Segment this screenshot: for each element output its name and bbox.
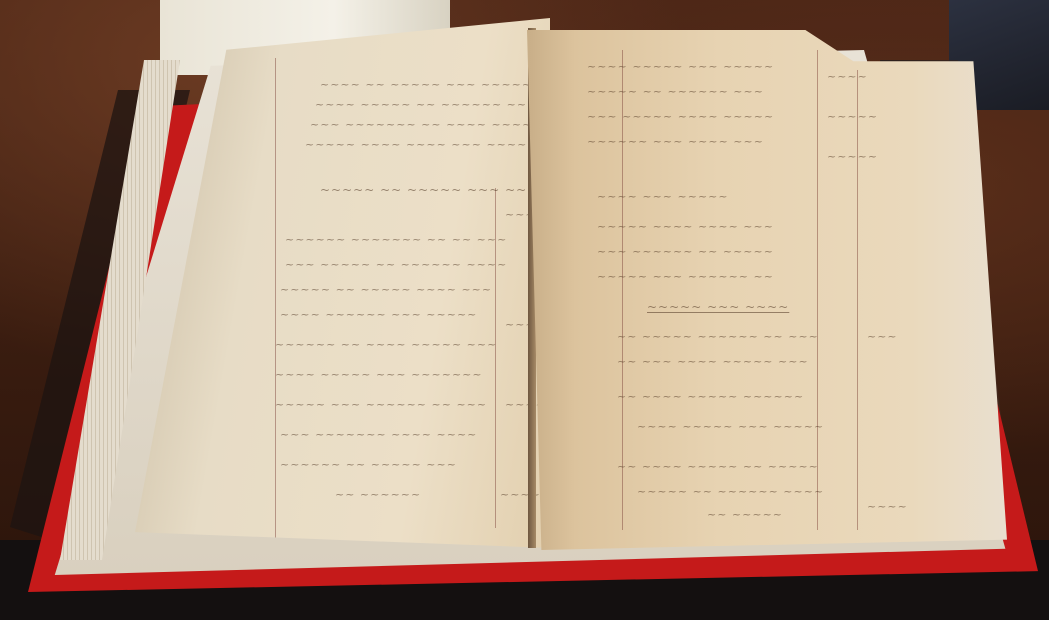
handwritten-line: ~~~~ ~~~~~~ ~~~ ~~~~~ (280, 308, 477, 321)
amount-entry: ~~~~ (827, 70, 868, 83)
handwritten-line: ~~~~~ ~~~ ~~~~~~ ~~ (597, 270, 774, 283)
handwritten-line: ~~~~ ~~~~~ ~~~ ~~~~~ (637, 420, 824, 433)
amount-entry: ~~~~~ (827, 110, 878, 123)
handwritten-line: ~~~~~ ~~~~ ~~~~ ~~~ ~~~~ (305, 138, 527, 151)
amount-entry: ~~~ (867, 330, 898, 343)
handwritten-line: ~~~~ ~~~~~ ~~ ~~~~~~ ~~~~ (315, 98, 548, 111)
handwritten-line: ~~~ ~~~~~~ ~~ ~~~~~ (597, 245, 774, 258)
handwritten-line: ~~~~~~ ~~ ~~~~~ ~~~ (280, 458, 457, 471)
handwritten-line: ~~~~~ ~~~~ ~~~~ ~~~ (597, 220, 774, 233)
handwritten-line: ~~ ~~~~ ~~~~~ ~~ ~~~~~ (617, 460, 819, 473)
handwritten-line: ~~ ~~~ ~~~~ ~~~~~ ~~~ (617, 355, 809, 368)
amount-entry: ~~~~ (867, 500, 908, 513)
handwritten-line: ~~~~~ ~~ ~~~~~~ ~~~~ (637, 485, 824, 498)
amount-column-rule (857, 70, 858, 530)
handwritten-line: ~~~ ~~~~~~~ ~~ ~~~~ ~~~~~ (310, 118, 543, 131)
handwritten-line: ~~~ ~~~~~~~ ~~~~ ~~~~ (280, 428, 477, 441)
amount-column-rule (817, 50, 818, 530)
handwritten-line: ~~~~~~ ~~~~~~~ ~~ ~~ ~~~ (285, 233, 507, 246)
amount-entry: ~~~~~ (827, 150, 878, 163)
handwritten-line: ~~~~~~ ~~~ ~~~~ ~~~ (587, 135, 764, 148)
handwritten-line: ~~~~~ ~~ ~~~~~ ~~~~ ~~~ (280, 283, 492, 296)
handwritten-line: ~~~~~ ~~ ~~~~~~ ~~~ (587, 85, 764, 98)
handwritten-line: ~~~~~~ ~~ ~~~~ ~~~~~ ~~~ (275, 338, 497, 351)
handwritten-line: ~~ ~~~~~~ (335, 488, 421, 501)
handwritten-line: ~~~~ ~~~ ~~~~~ (597, 190, 729, 203)
handwritten-line: ~~ ~~~~~ ~~~~~~ ~~ ~~~ (617, 330, 819, 343)
handwritten-line: ~~~~ ~~~~~ ~~~ ~~~~~ (587, 60, 774, 73)
handwritten-line: ~~~~~ ~~~ ~~~~~~ ~~ ~~~ (275, 398, 487, 411)
handwritten-line: ~~~ ~~~~~ ~~ ~~~~~~ ~~~~ (285, 258, 507, 271)
section-heading: ~~~~~ ~~~ ~~~~ (647, 300, 789, 314)
handwritten-line: ~~ ~~~~~ (707, 508, 783, 521)
margin-rule (275, 58, 276, 538)
handwritten-line: ~~ ~~~~ ~~~~~ ~~~~~~ (617, 390, 804, 403)
handwritten-line: ~~~ ~~~~~ ~~~~ ~~~~~ (587, 110, 774, 123)
handwritten-line: ~~~~ ~~~~~ ~~~ ~~~~~~~ (275, 368, 483, 381)
right-page: ~~~~ ~~~~~ ~~~ ~~~~~ ~~~~~ ~~ ~~~~~~ ~~~… (527, 30, 1007, 550)
